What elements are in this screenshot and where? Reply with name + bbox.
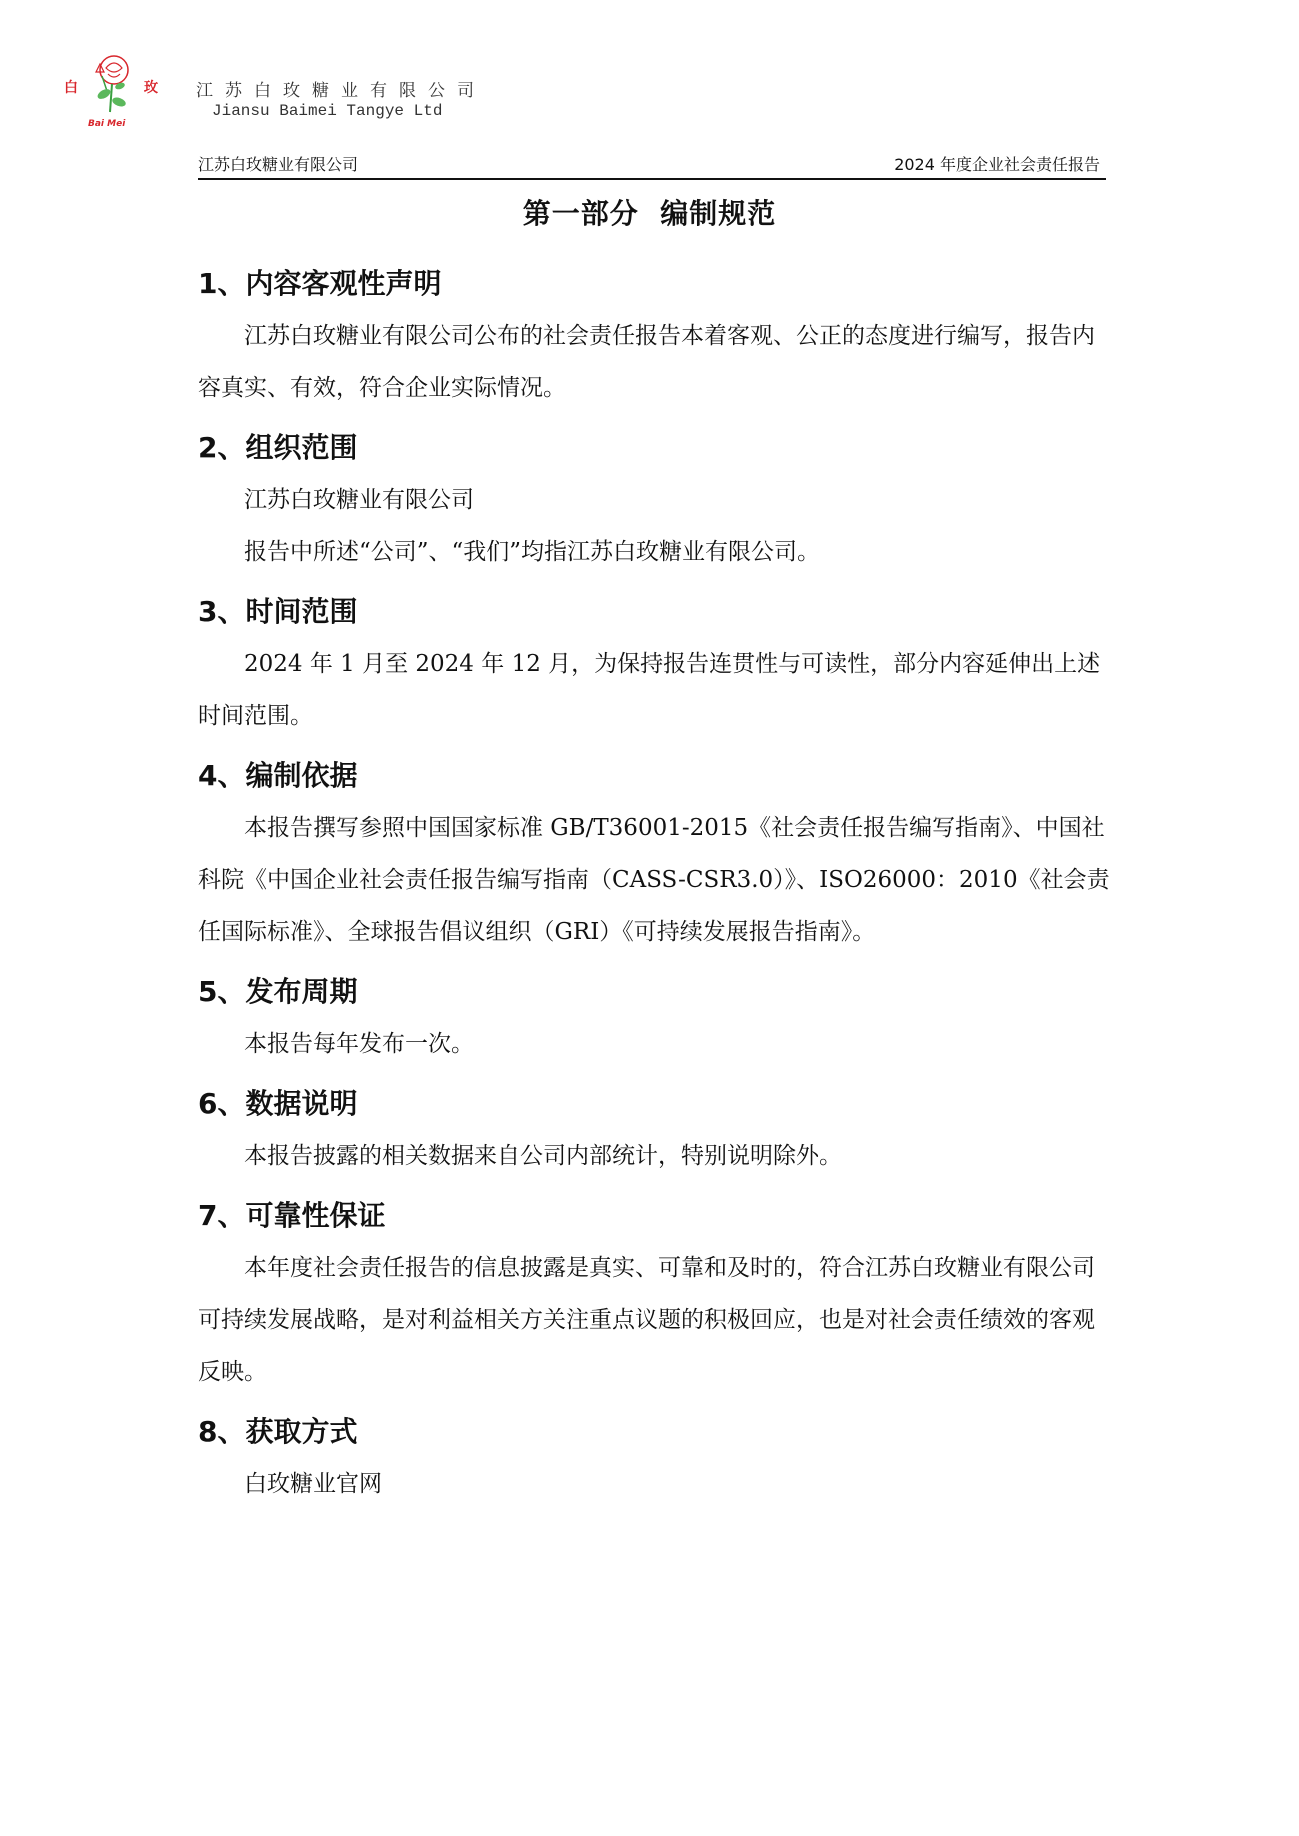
section-7-paragraph: 本年度社会责任报告的信息披露是真实、可靠和及时的，符合江苏白玫糖业有限公司可持续… (198, 1242, 1110, 1398)
svg-text:玫: 玫 (143, 79, 159, 96)
company-name-en: Jiansu Baimei Tangye Ltd (212, 102, 442, 120)
company-name-cn: 江苏白玫糖业有限公司 (196, 76, 486, 101)
document-body: 1、内容客观性声明 江苏白玫糖业有限公司公布的社会责任报告本着客观、公正的态度进… (198, 258, 1110, 1510)
section-8-paragraph: 白玫糖业官网 (198, 1458, 1110, 1510)
section-1-paragraph: 江苏白玫糖业有限公司公布的社会责任报告本着客观、公正的态度进行编写，报告内容真实… (198, 310, 1110, 414)
section-heading-8: 8、获取方式 (198, 1406, 1110, 1458)
section-5-paragraph: 本报告每年发布一次。 (198, 1018, 1110, 1070)
section-heading-6: 6、数据说明 (198, 1078, 1110, 1130)
section-4-paragraph: 本报告撰写参照中国国家标准 GB/T36001-2015《社会责任报告编写指南》… (198, 802, 1110, 958)
company-logo: 白 玫 Bai Mei (62, 50, 162, 130)
header-company: 江苏白玫糖业有限公司 (198, 152, 358, 175)
section-3-paragraph: 2024 年 1 月至 2024 年 12 月，为保持报告连贯性与可读性，部分内… (198, 638, 1110, 742)
section-heading-2: 2、组织范围 (198, 422, 1110, 474)
section-heading-4: 4、编制依据 (198, 750, 1110, 802)
section-heading-1: 1、内容客观性声明 (198, 258, 1110, 310)
rose-logo-icon: 白 玫 Bai Mei (62, 50, 162, 130)
section-heading-7: 7、可靠性保证 (198, 1190, 1110, 1242)
svg-text:Bai Mei: Bai Mei (88, 119, 126, 129)
section-6-paragraph: 本报告披露的相关数据来自公司内部统计，特别说明除外。 (198, 1130, 1110, 1182)
header-report-title: 2024 年度企业社会责任报告 (894, 152, 1100, 175)
section-2-paragraph-2: 报告中所述“公司”、“我们”均指江苏白玫糖业有限公司。 (198, 526, 1110, 578)
section-2-paragraph-1: 江苏白玫糖业有限公司 (198, 474, 1110, 526)
svg-text:白: 白 (64, 79, 78, 96)
running-header: 江苏白玫糖业有限公司 2024 年度企业社会责任报告 (198, 150, 1106, 180)
part-title: 第一部分 编制规范 (0, 192, 1299, 232)
section-heading-3: 3、时间范围 (198, 586, 1110, 638)
section-heading-5: 5、发布周期 (198, 966, 1110, 1018)
